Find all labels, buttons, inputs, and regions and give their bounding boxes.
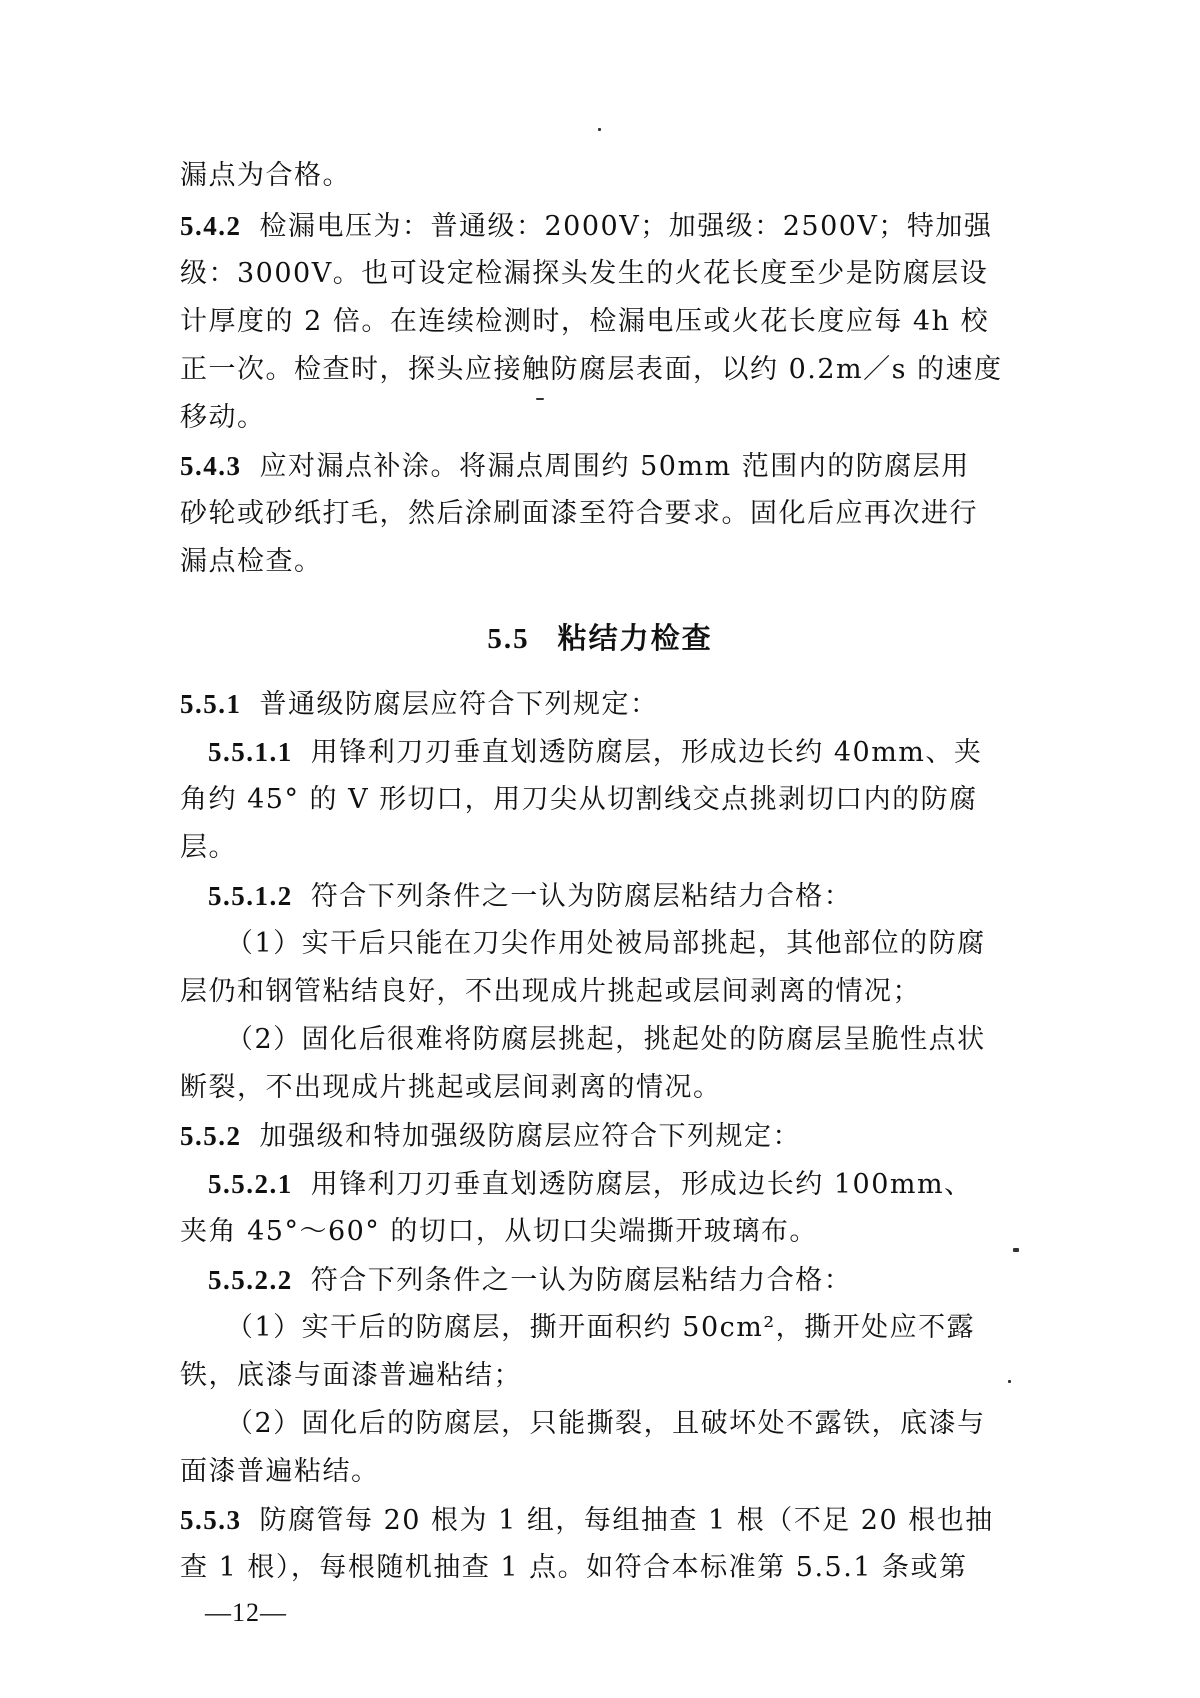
text-line: 漏点检查。 [180,544,323,580]
clause-5-5-1-2: 5.5.1.2符合下列条件之一认为防腐层粘结力合格： [208,878,852,915]
clause-text: 夹角 45°～60° 的切口，从切口尖端撕开玻璃布。 [180,1216,818,1247]
clause-text: （2）固化后的防腐层，只能撕裂，且破坏处不露铁，底漆与 [226,1408,986,1439]
section-title: 粘结力检查 [558,621,713,655]
clause-text: 普通级防腐层应符合下列规定： [260,689,659,720]
clause-number: 5.5.1.1 [208,737,293,767]
section-number: 5.5 [487,623,529,655]
page-number: —12— [205,1598,287,1628]
text-line: 计厚度的 2 倍。在连续检测时，检漏电压或火花长度应每 4h 校 [180,304,989,340]
clause-text: 移动。 [180,402,266,433]
clause-text: 用锋利刀刃垂直划透防腐层，形成边长约 100mm、 [311,1169,973,1200]
text-line: 漏点为合格。 [180,158,351,194]
list-item: （2）固化后很难将防腐层挑起，挑起处的防腐层呈脆性点状 [226,1022,986,1058]
clause-text: 角约 45° 的 V 形切口，用刀尖从切割线交点挑剥切口内的防腐 [180,784,978,815]
list-item: （1）实干后只能在刀尖作用处被局部挑起，其他部位的防腐 [226,926,986,962]
clause-number: 5.5.1.2 [208,881,293,911]
document-page: 漏点为合格。 5.4.2检漏电压为：普通级：2000V；加强级：2500V；特加… [0,0,1200,1698]
text-line: 移动。 [180,400,266,436]
list-item: （1）实干后的防腐层，撕开面积约 50cm²，撕开处应不露 [226,1310,975,1346]
text-line: 正一次。检查时，探头应接触防腐层表面，以约 0.2m／s 的速度 [180,352,1003,388]
clause-text: 层仍和钢管粘结良好，不出现成片挑起或层间剥离的情况； [180,976,921,1007]
clause-5-5-2-2: 5.5.2.2符合下列条件之一认为防腐层粘结力合格： [208,1262,852,1299]
section-heading: 5.5粘结力检查 [0,616,1200,657]
clause-text: 漏点为合格。 [180,160,351,191]
clause-text: 正一次。检查时，探头应接触防腐层表面，以约 0.2m／s 的速度 [180,354,1003,385]
clause-text: 加强级和特加强级防腐层应符合下列规定： [260,1121,802,1152]
clause-text: （2）固化后很难将防腐层挑起，挑起处的防腐层呈脆性点状 [226,1024,986,1055]
scan-speck [1013,1248,1019,1252]
clause-number: 5.5.2.1 [208,1169,293,1199]
scan-speck [1008,1380,1011,1383]
clause-text: 查 1 根），每根随机抽查 1 点。如符合本标准第 5.5.1 条或第 [180,1552,968,1583]
clause-5-5-2: 5.5.2加强级和特加强级防腐层应符合下列规定： [180,1118,801,1155]
text-line: 级：3000V。也可设定检漏探头发生的火花长度至少是防腐层设 [180,256,988,292]
clause-text: 砂轮或砂纸打毛，然后涂刷面漆至符合要求。固化后应再次进行 [180,498,978,529]
text-line: 砂轮或砂纸打毛，然后涂刷面漆至符合要求。固化后应再次进行 [180,496,978,532]
clause-text: 应对漏点补涂。将漏点周围约 50mm 范围内的防腐层用 [260,451,970,482]
text-line: 层仍和钢管粘结良好，不出现成片挑起或层间剥离的情况； [180,974,921,1010]
clause-text: （1）实干后的防腐层，撕开面积约 50cm²，撕开处应不露 [226,1312,975,1343]
clause-text: 检漏电压为：普通级：2000V；加强级：2500V；特加强 [260,211,993,242]
scan-speck [536,398,544,400]
clause-5-5-1-1: 5.5.1.1用锋利刀刃垂直划透防腐层，形成边长约 40mm、夹 [208,734,982,771]
text-line: 角约 45° 的 V 形切口，用刀尖从切割线交点挑剥切口内的防腐 [180,782,978,818]
clause-text: 断裂，不出现成片挑起或层间剥离的情况。 [180,1072,722,1103]
clause-text: 计厚度的 2 倍。在连续检测时，检漏电压或火花长度应每 4h 校 [180,306,989,337]
clause-text: （1）实干后只能在刀尖作用处被局部挑起，其他部位的防腐 [226,928,986,959]
clause-number: 5.5.1 [180,689,242,719]
clause-number: 5.5.3 [180,1505,242,1535]
clause-5-5-2-1: 5.5.2.1用锋利刀刃垂直划透防腐层，形成边长约 100mm、 [208,1166,973,1203]
text-line: 层。 [180,830,237,866]
clause-number: 5.5.2.2 [208,1265,293,1295]
text-line: 夹角 45°～60° 的切口，从切口尖端撕开玻璃布。 [180,1214,818,1250]
clause-number: 5.4.3 [180,451,242,481]
clause-text: 符合下列条件之一认为防腐层粘结力合格： [311,881,853,912]
clause-text: 符合下列条件之一认为防腐层粘结力合格： [311,1265,853,1296]
text-line: 断裂，不出现成片挑起或层间剥离的情况。 [180,1070,722,1106]
list-item: （2）固化后的防腐层，只能撕裂，且破坏处不露铁，底漆与 [226,1406,986,1442]
clause-number: 5.4.2 [180,211,242,241]
clause-text: 用锋利刀刃垂直划透防腐层，形成边长约 40mm、夹 [311,737,983,768]
clause-text: 防腐管每 20 根为 1 组，每组抽查 1 根（不足 20 根也抽 [260,1505,994,1536]
clause-text: 级：3000V。也可设定检漏探头发生的火花长度至少是防腐层设 [180,258,988,289]
clause-text: 层。 [180,832,237,863]
clause-5-4-2: 5.4.2检漏电压为：普通级：2000V；加强级：2500V；特加强 [180,208,992,245]
clause-number: 5.5.2 [180,1121,242,1151]
clause-text: 面漆普遍粘结。 [180,1456,380,1487]
text-line: 铁，底漆与面漆普遍粘结； [180,1358,522,1394]
clause-text: 铁，底漆与面漆普遍粘结； [180,1360,522,1391]
clause-5-5-3: 5.5.3防腐管每 20 根为 1 组，每组抽查 1 根（不足 20 根也抽 [180,1502,994,1539]
clause-5-4-3: 5.4.3应对漏点补涂。将漏点周围约 50mm 范围内的防腐层用 [180,448,970,485]
clause-5-5-1: 5.5.1普通级防腐层应符合下列规定： [180,686,659,723]
text-line: 查 1 根），每根随机抽查 1 点。如符合本标准第 5.5.1 条或第 [180,1550,968,1586]
scan-speck [598,128,601,131]
clause-text: 漏点检查。 [180,546,323,577]
text-line: 面漆普遍粘结。 [180,1454,380,1490]
